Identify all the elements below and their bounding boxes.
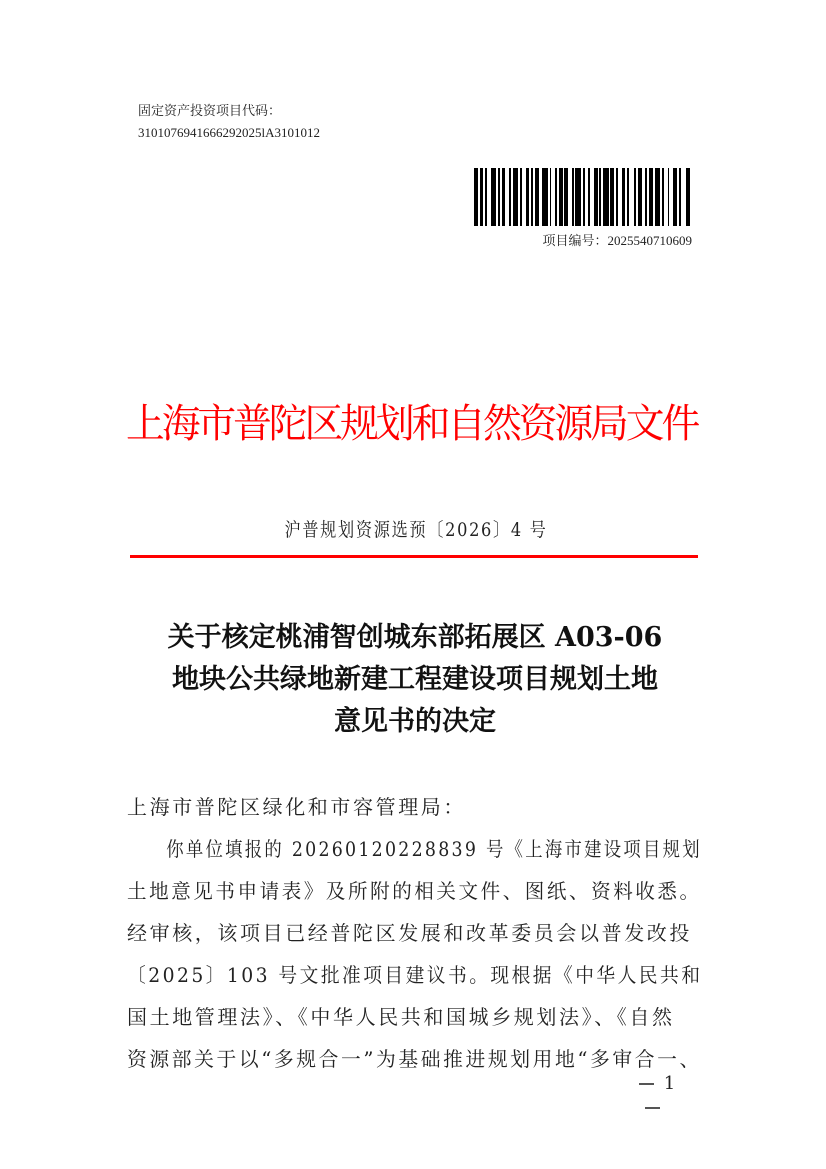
investment-code-label: 固定资产投资项目代码： [138, 103, 281, 119]
body-line: 国土地管理法》、《中华人民共和国城乡规划法》、《自然 [127, 996, 702, 1038]
barcode-space [690, 168, 692, 226]
subject-line: 关于核定桃浦智创城东部拓展区 A03-06 [120, 617, 710, 659]
investment-code-value: 3101076941666292025lA3101012 [138, 125, 320, 141]
project-number: 项目编号：2025540710609 [470, 233, 692, 249]
page-number-value: 1 [664, 1073, 675, 1094]
project-number-label: 项目编号： [542, 233, 607, 248]
page-number: 1 [612, 1072, 692, 1120]
document-number: 沪普规划资源选预〔2026〕4 号 [170, 516, 663, 544]
subject-line: 意见书的决定 [120, 701, 710, 743]
issuing-authority-title: 上海市普陀区规划和自然资源局文件 [126, 392, 689, 456]
body-line: 土地意见书申请表》及所附的相关文件、图纸、资料收悉。 [127, 870, 689, 912]
project-number-value: 2025540710609 [608, 233, 693, 248]
dash-right [645, 1107, 660, 1109]
red-divider [130, 555, 698, 558]
barcode [474, 168, 692, 226]
dash-left [639, 1083, 654, 1085]
document-subject: 关于核定桃浦智创城东部拓展区 A03-06 地块公共绿地新建工程建设项目规划土地… [120, 617, 710, 743]
subject-line: 地块公共绿地新建工程建设项目规划土地 [120, 659, 710, 701]
body-line: 经审核，该项目已经普陀区发展和改革委员会以普发改投 [127, 912, 702, 954]
body-line: 资源部关于以“多规合一”为基础推进规划用地“多审合一、 [127, 1038, 696, 1080]
addressee: 上海市普陀区绿化和市容管理局： [127, 786, 702, 828]
document-body: 上海市普陀区绿化和市容管理局： 你单位填报的 20260120228839 号《… [127, 786, 702, 1080]
body-line: 〔2025〕103 号文批准项目建议书。现根据《中华人民共和 [127, 954, 666, 996]
body-line: 你单位填报的 20260120228839 号《上海市建设项目规划 [127, 828, 626, 870]
